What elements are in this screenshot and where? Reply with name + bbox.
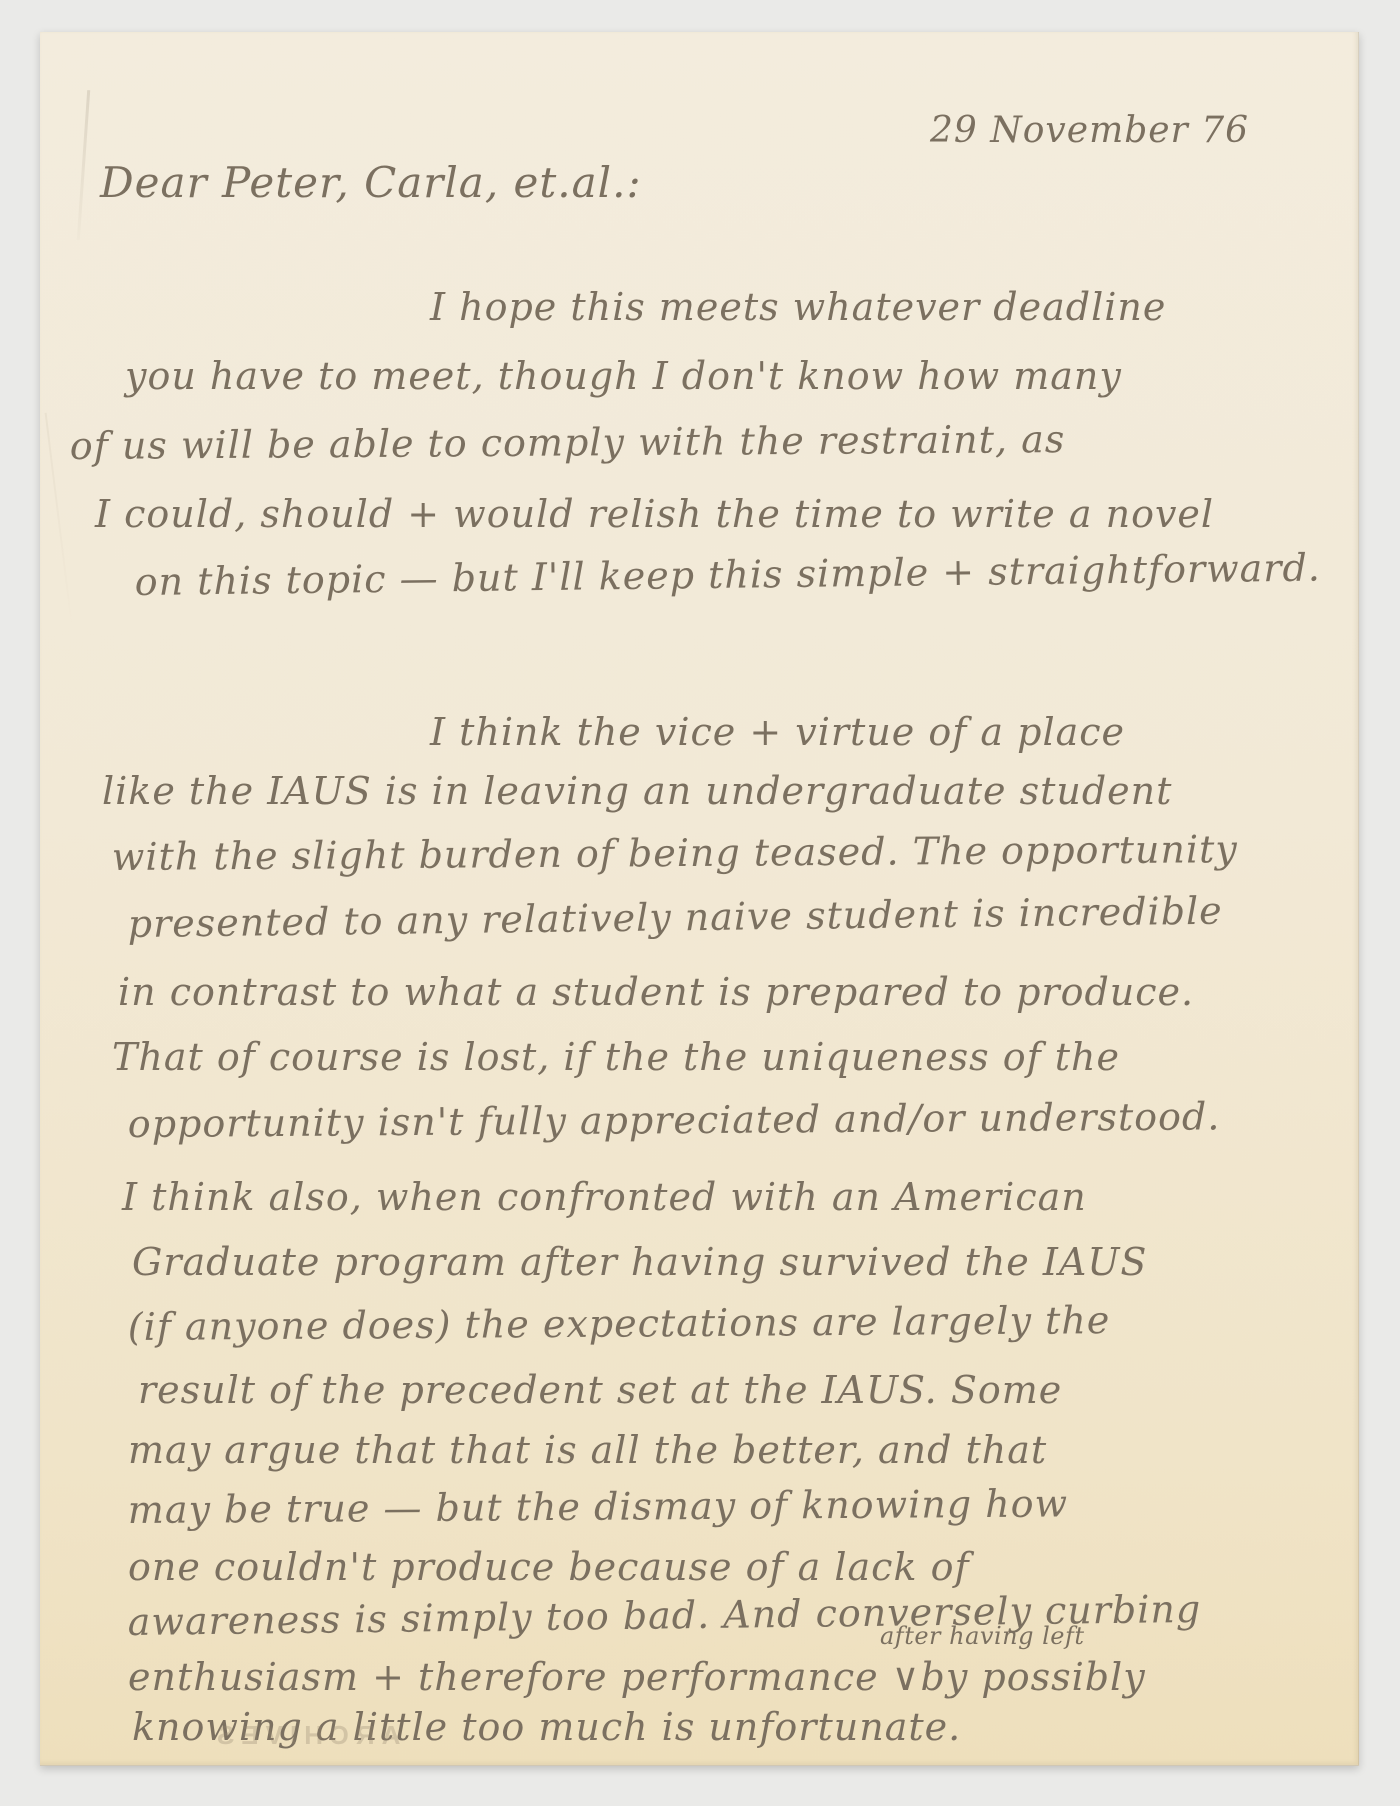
letter-line: with the slight burden of being teased. … (112, 827, 1238, 879)
letter-line: may be true — but the dismay of knowing … (128, 1481, 1068, 1532)
letter-line: presented to any relatively naive studen… (127, 889, 1222, 946)
letter-line: you have to meet, though I don't know ho… (125, 354, 1122, 398)
scan-background: 29 November 76 Dear Peter, Carla, et.al.… (0, 0, 1400, 1806)
letter-date: 29 November 76 (930, 110, 1249, 151)
letter-line: on this topic — but I'll keep this simpl… (134, 546, 1321, 604)
paper-crease (77, 90, 90, 240)
letter-salutation: Dear Peter, Carla, et.al.: (100, 158, 642, 207)
letter-line: (if anyone does) the expectations are la… (128, 1298, 1111, 1349)
letter-line: enthusiasm + therefore performance ∨by p… (128, 1655, 1146, 1699)
letter-line: I could, should + would relish the time … (95, 492, 1214, 536)
letter-line: of us will be able to comply with the re… (70, 417, 1066, 468)
letter-line: I think also, when confronted with an Am… (122, 1175, 1087, 1219)
letter-line: That of course is lost, if the the uniqu… (112, 1035, 1120, 1079)
bleed-through-stamp: ARCHIVES (210, 1720, 400, 1751)
letter-line: Graduate program after having survived t… (132, 1240, 1147, 1284)
letter-line: in contrast to what a student is prepare… (118, 970, 1194, 1014)
letter-line: I hope this meets whatever deadline (430, 285, 1166, 329)
letter-line: like the IAUS is in leaving an undergrad… (102, 769, 1172, 813)
letter-line: one couldn't produce because of a lack o… (128, 1545, 970, 1589)
letter-line: result of the precedent set at the IAUS.… (138, 1368, 1062, 1412)
letter-page: 29 November 76 Dear Peter, Carla, et.al.… (40, 32, 1359, 1766)
letter-line: opportunity isn't fully appreciated and/… (128, 1094, 1221, 1146)
letter-line: may argue that that is all the better, a… (128, 1428, 1047, 1472)
interline-insertion: after having left (880, 1622, 1085, 1650)
letter-line: I think the vice + virtue of a place (430, 710, 1125, 754)
